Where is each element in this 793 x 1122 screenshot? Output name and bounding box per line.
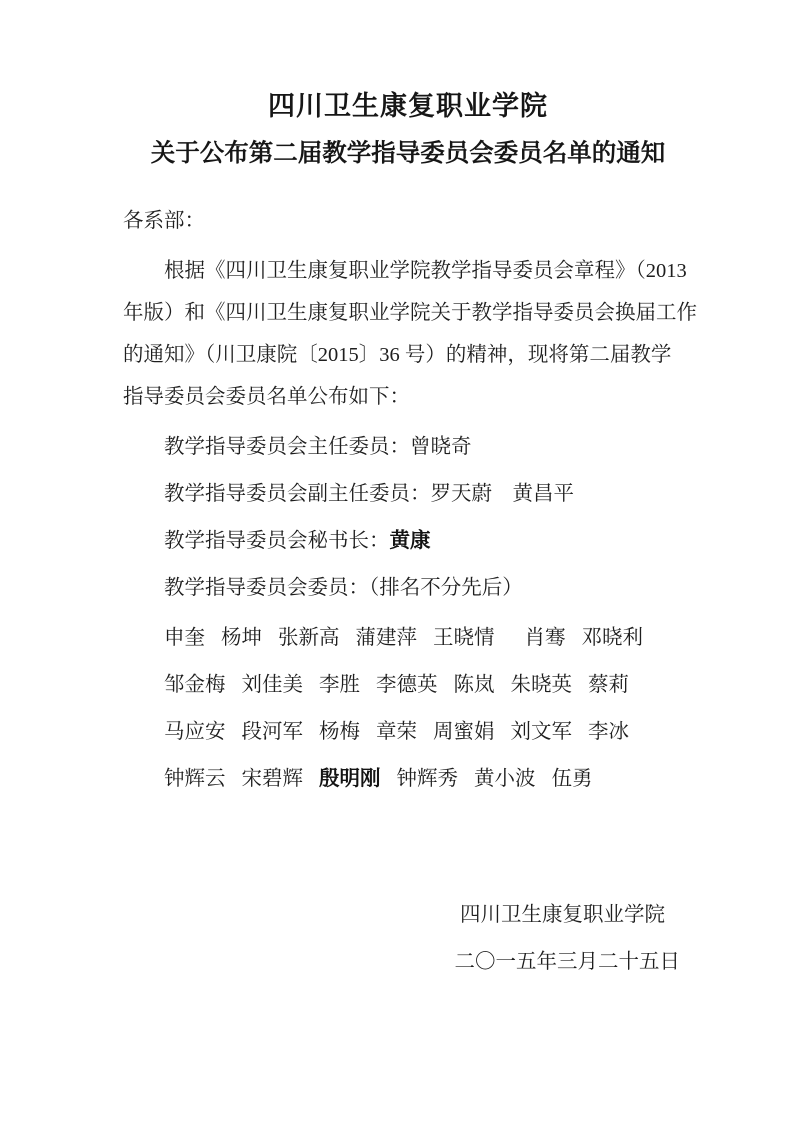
member-name: 蔡莉 [588,662,629,709]
member-name: 刘文军 [511,709,573,756]
member-name: 章荣 [376,709,417,756]
signature-org: 四川卫生康复职业学院 [123,892,693,939]
member-name: 李胜 [319,662,360,709]
member-name: 周蜜娟 [433,709,495,756]
appointment-chairman: 教学指导委员会主任委员：曾晓奇 [123,424,693,471]
member-name: 朱晓英 [511,662,573,709]
paragraph-line: 年版）和《四川卫生康复职业学院关于教学指导委员会换届工作 [123,292,693,334]
signature-date: 二〇一五年三月二十五日 [123,939,693,986]
appointment-names: 罗天蔚 黄昌平 [431,483,575,505]
member-name: 申奎 [164,615,205,662]
appointment-label: 教学指导委员会主任委员： [164,436,410,458]
member-name: 钟辉秀 [397,756,459,803]
member-name: 杨梅 [319,709,360,756]
appointment-members-heading: 教学指导委员会委员：（排名不分先后） [123,565,693,612]
member-name: 蒲建萍 [356,615,418,662]
appointment-names: （排名不分先后） [369,577,523,599]
notice-document-page: 四川卫生康复职业学院 关于公布第二届教学指导委员会委员名单的通知 各系部： 根据… [0,0,793,1122]
member-name: 马应安 [164,709,226,756]
member-row: 申奎 杨坤 张新高 蒲建萍 王晓情 肖骞 邓晓利 [123,615,693,662]
member-name: 杨坤 [221,615,262,662]
appointment-vice-chairmen: 教学指导委员会副主任委员：罗天蔚 黄昌平 [123,471,693,518]
document-content: 四川卫生康复职业学院 关于公布第二届教学指导委员会委员名单的通知 各系部： 根据… [0,0,793,986]
member-name: 刘佳美 [242,662,304,709]
appointment-names: 曾晓奇 [410,436,472,458]
appointment-names: 黄康 [390,530,431,552]
appointment-label: 教学指导委员会秘书长： [164,530,390,552]
member-name: 李德英 [376,662,438,709]
member-name: 钟辉云 [164,756,226,803]
body-paragraph: 根据《四川卫生康复职业学院教学指导委员会章程》（2013 年版）和《四川卫生康复… [123,250,693,418]
appointment-label: 教学指导委员会副主任委员： [164,483,431,505]
members-list: 申奎 杨坤 张新高 蒲建萍 王晓情 肖骞 邓晓利 邹金梅 刘佳美 李胜 李德英 … [123,615,693,803]
member-name: 陈岚 [454,662,495,709]
paragraph-line: 指导委员会委员名单公布如下： [123,376,693,418]
member-row: 钟辉云 宋碧辉 殷明刚 钟辉秀 黄小波 伍勇 [123,756,693,803]
member-name: 邹金梅 [164,662,226,709]
member-name: 段河军 [242,709,304,756]
appointments-list: 教学指导委员会主任委员：曾晓奇 教学指导委员会副主任委员：罗天蔚 黄昌平 教学指… [123,424,693,612]
doc-title: 四川卫生康复职业学院 [123,83,693,130]
paragraph-line: 的通知》（川卫康院〔2015〕36 号）的精神，现将第二届教学 [123,334,693,376]
appointment-secretary: 教学指导委员会秘书长：黄康 [123,518,693,565]
appointment-label: 教学指导委员会委员： [164,577,369,599]
member-row: 马应安 段河军 杨梅 章荣 周蜜娟 刘文军 李冰 [123,709,693,756]
member-row: 邹金梅 刘佳美 李胜 李德英 陈岚 朱晓英 蔡莉 [123,662,693,709]
member-name: 王晓情 [433,615,495,662]
doc-subtitle: 关于公布第二届教学指导委员会委员名单的通知 [123,130,693,177]
signature-block: 四川卫生康复职业学院 二〇一五年三月二十五日 [123,892,693,986]
member-name: 伍勇 [552,756,593,803]
member-name: 宋碧辉 [242,756,304,803]
member-name: 殷明刚 [319,756,381,803]
paragraph-line: 根据《四川卫生康复职业学院教学指导委员会章程》（2013 [123,250,693,292]
member-name: 张新高 [278,615,340,662]
member-name: 李冰 [588,709,629,756]
member-name: 黄小波 [474,756,536,803]
member-name: 肖骞 [525,615,566,662]
salutation: 各系部： [123,200,693,242]
member-name: 邓晓利 [582,615,644,662]
